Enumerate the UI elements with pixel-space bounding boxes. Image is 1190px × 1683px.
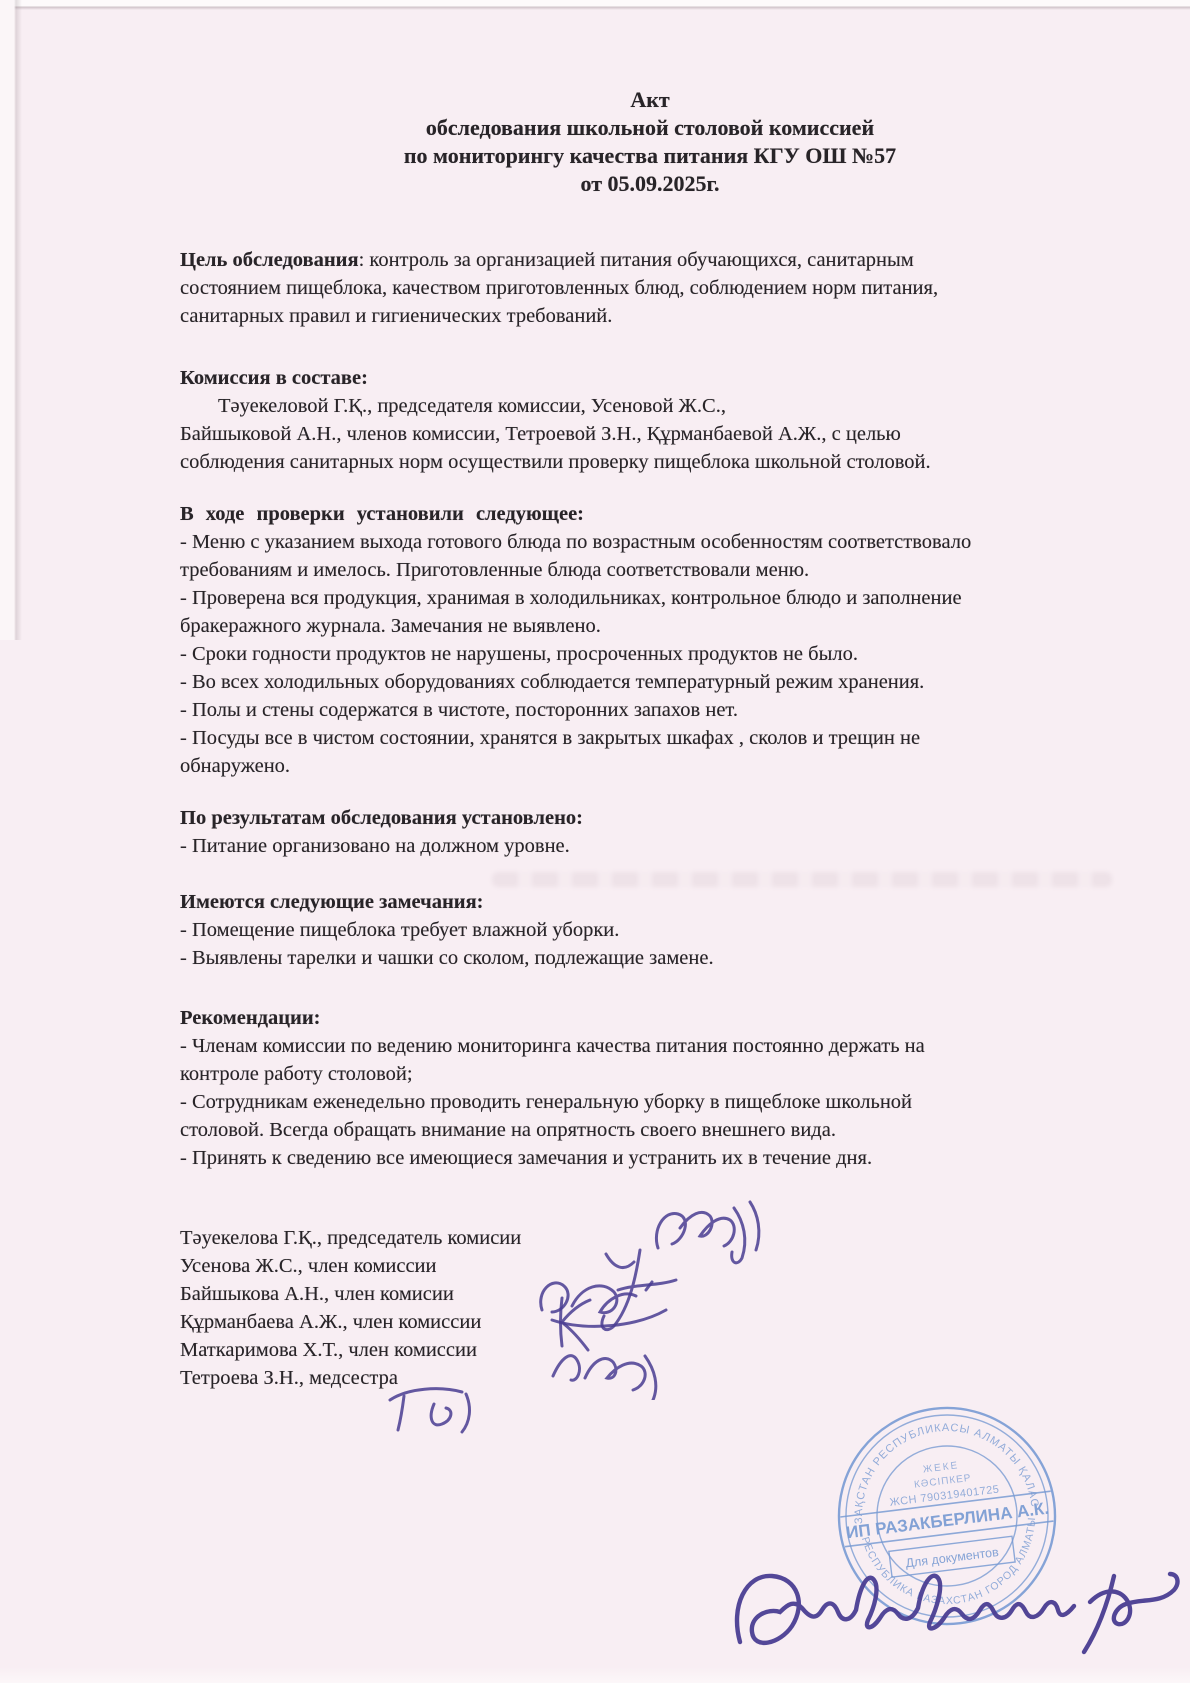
doc-line: соблюдения санитарных норм осуществили п… — [180, 448, 1140, 476]
scan-edge-left — [0, 0, 22, 640]
doc-line: - Сотрудникам еженедельно проводить гене… — [180, 1088, 1140, 1116]
signatory-row: Байшыкова А.Н., член комисии — [180, 1280, 800, 1308]
title-line: обследования школьной столовой комиссией — [180, 114, 1120, 142]
doc-line: - Меню с указанием выхода готового блюда… — [180, 528, 1140, 556]
doc-line: столовой. Всегда обращать внимание на оп… — [180, 1116, 1140, 1144]
stamp-seal: ҚАЗАҚСТАН РЕСПУБЛИКАСЫ АЛМАТЫ ҚАЛАСЫ РЕС… — [815, 1384, 1078, 1647]
section-remarks: Имеются следующие замечания:- Помещение … — [180, 888, 1140, 972]
signatory-row: Усенова Ж.С., член комиссии — [180, 1252, 800, 1280]
doc-line: - Сроки годности продуктов не нарушены, … — [180, 640, 1140, 668]
doc-line: - Полы и стены содержатся в чистоте, пос… — [180, 696, 1140, 724]
section-findings: В ходе проверки установили следующее:- М… — [180, 500, 1140, 780]
doc-line: контроле работу столовой; — [180, 1060, 1140, 1088]
signatory-row: Құрманбаева А.Ж., член комиссии — [180, 1308, 800, 1336]
doc-line: Тәуекеловой Г.Қ., председателя комиссии,… — [180, 392, 1140, 420]
doc-line: - Посуды все в чистом состоянии, хранятс… — [180, 724, 1140, 752]
title-line: Акт — [180, 86, 1120, 114]
scanned-document-page: Акт обследования школьной столовой комис… — [0, 0, 1190, 1683]
doc-line: - Во всех холодильных оборудованиях собл… — [180, 668, 1140, 696]
doc-line: Рекомендации: — [180, 1004, 1140, 1032]
doc-line: Имеются следующие замечания: — [180, 888, 1140, 916]
doc-line: бракеражного журнала. Замечания не выявл… — [180, 612, 1140, 640]
stamp-text-zheke: ЖЕКЕ — [922, 1460, 959, 1475]
signatory-row: Тетроева З.Н., медсестра — [180, 1364, 800, 1392]
doc-line: Байшыковой А.Н., членов комиссии, Тетрое… — [180, 420, 1140, 448]
doc-line: санитарных правил и гигиенических требов… — [180, 302, 1140, 330]
stamp-purpose: Для документов — [905, 1545, 1000, 1570]
scan-edge-bottom — [0, 1667, 1190, 1683]
scan-edge-top — [0, 0, 1190, 10]
stamp-text-zhsn: ЖСН 790319401725 — [889, 1483, 1000, 1508]
doc-line: - Проверена вся продукция, хранимая в хо… — [180, 584, 1140, 612]
doc-line: В ходе проверки установили следующее: — [180, 500, 1140, 528]
section-recommendations: Рекомендации:- Членам комиссии по ведени… — [180, 1004, 1140, 1172]
doc-line: Комиссия в составе: — [180, 364, 1140, 392]
title-line: от 05.09.2025г. — [180, 170, 1120, 198]
scan-bleedthrough-artifact — [492, 872, 1112, 887]
doc-line: По результатам обследования установлено: — [180, 804, 1140, 832]
doc-line: - Питание организовано на должном уровне… — [180, 832, 1140, 860]
doc-line: состоянием пищеблока, качеством приготов… — [180, 274, 1140, 302]
signatory-row: Тәуекелова Г.Қ., председатель комисии — [180, 1224, 800, 1252]
doc-line: - Выявлены тарелки и чашки со сколом, по… — [180, 944, 1140, 972]
section-commission: Комиссия в составе:Тәуекеловой Г.Қ., пре… — [180, 364, 1140, 476]
doc-line: Цель обследования: контроль за организац… — [180, 246, 1140, 274]
doc-line: - Членам комиссии по ведению мониторинга… — [180, 1032, 1140, 1060]
signatory-row: Маткаримова Х.Т., член комиссии — [180, 1336, 800, 1364]
doc-line: обнаружено. — [180, 752, 1140, 780]
section-goal: Цель обследования: контроль за организац… — [180, 246, 1140, 330]
signatory-list: Тәуекелова Г.Қ., председатель комисииУсе… — [180, 1224, 800, 1392]
doc-line: требованиям и имелось. Приготовленные бл… — [180, 556, 1140, 584]
doc-line: - Принять к сведению все имеющиеся замеч… — [180, 1144, 1140, 1172]
doc-line: - Помещение пищеблока требует влажной уб… — [180, 916, 1140, 944]
stamp-owner-name: ИП РАЗАКБЕРЛИНА А.К. — [845, 1499, 1050, 1543]
document-title: Акт обследования школьной столовой комис… — [180, 86, 1120, 198]
title-line: по мониторингу качества питания КГУ ОШ №… — [180, 142, 1120, 170]
section-results: По результатам обследования установлено:… — [180, 804, 1140, 860]
